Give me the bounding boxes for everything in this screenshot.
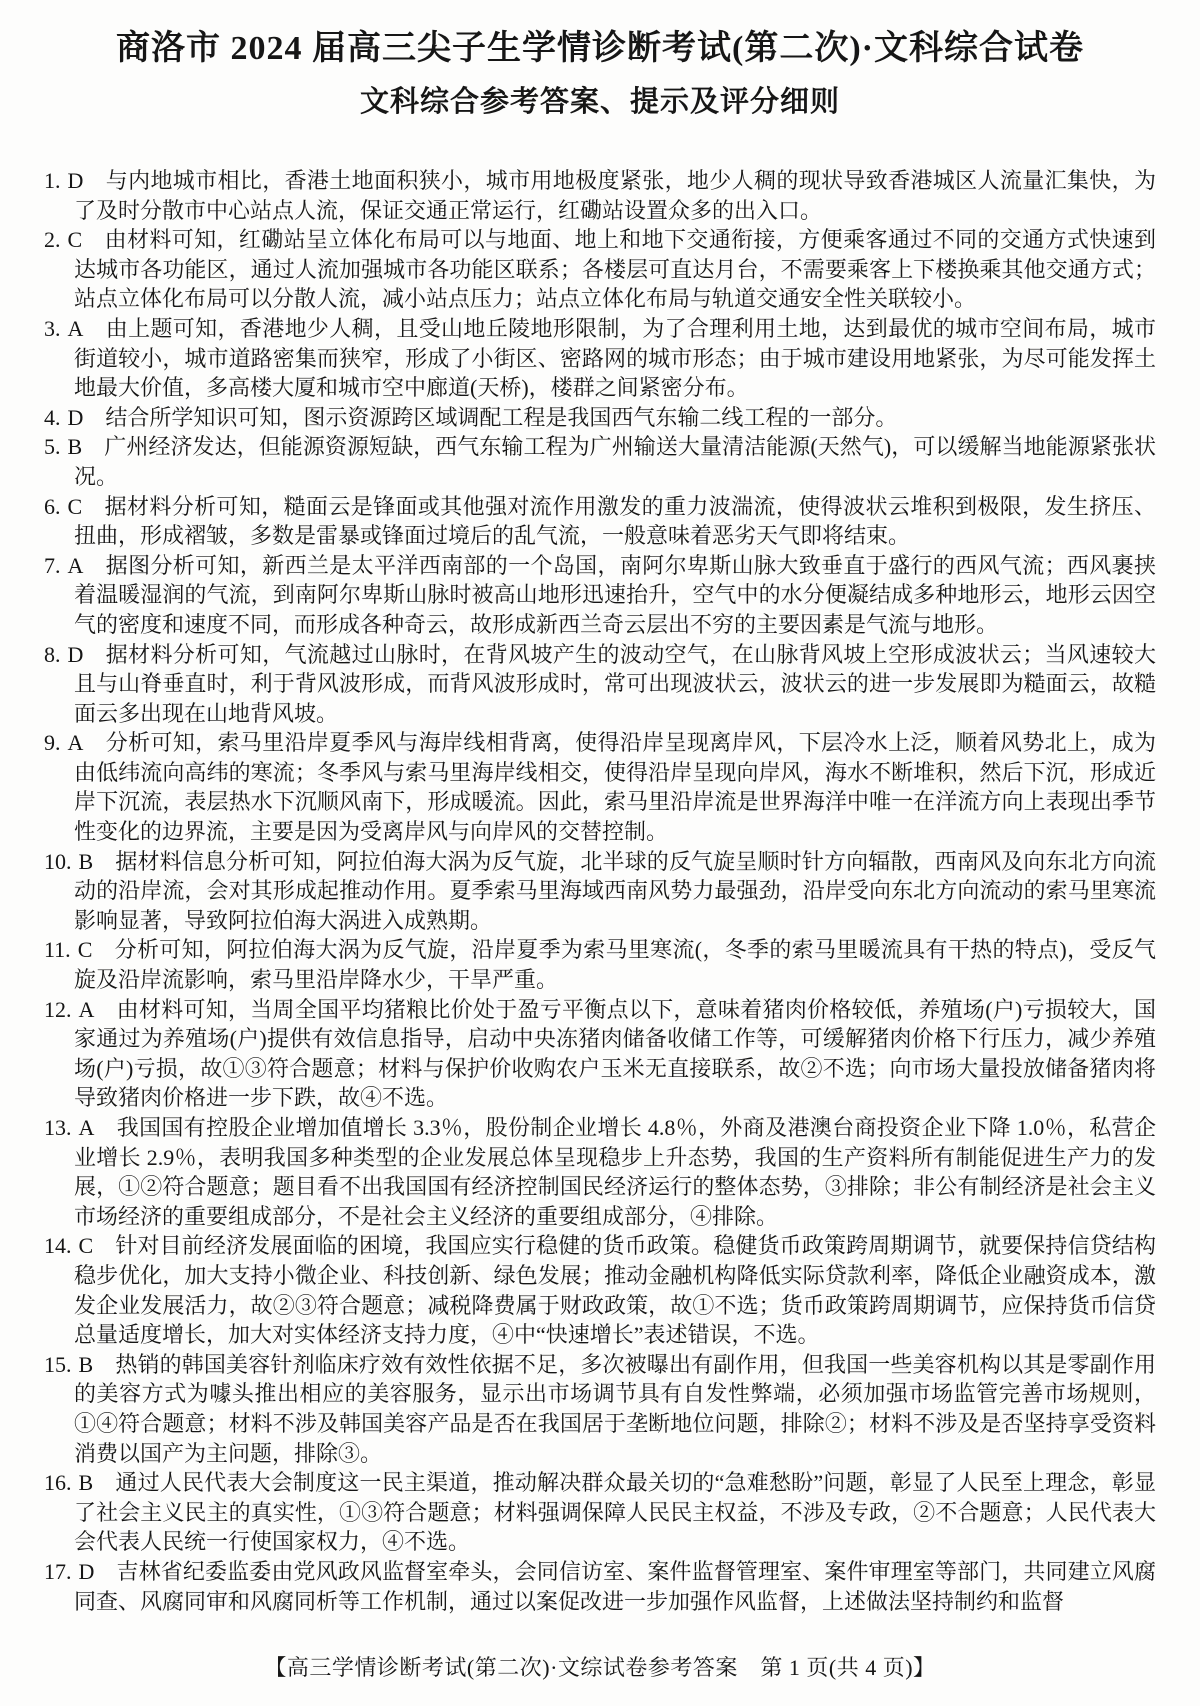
- answer-item: 12.A由材料可知，当周全国平均猪粮比价处于盈亏平衡点以下，意味着猪肉价格较低，…: [44, 995, 1156, 1113]
- answer-text: 通过人民代表大会制度这一民主渠道，推动解决群众最关切的“急难愁盼”问题，彰显了人…: [74, 1470, 1156, 1554]
- answer-item: 6.C据材料分析可知，糙面云是锋面或其他强对流作用激发的重力波湍流，使得波状云堆…: [44, 492, 1156, 551]
- answer-number: 2.: [44, 227, 61, 252]
- answer-letter: A: [79, 1115, 95, 1140]
- answer-item: 17.D吉林省纪委监委由党风政风监督室牵头，会同信访室、案件监督管理室、案件审理…: [44, 1557, 1156, 1616]
- answer-letter: C: [78, 937, 93, 962]
- answer-text: 据材料分析可知，气流越过山脉时，在背风坡产生的波动空气，在山脉背风坡上空形成波状…: [74, 642, 1156, 726]
- answers-list: 1.D与内地城市相比，香港土地面积狭小，城市用地极度紧张，地少人稠的现状导致香港…: [44, 166, 1156, 1616]
- answer-item: 4.D结合所学知识可知，图示资源跨区域调配工程是我国西气东输二线工程的一部分。: [44, 403, 1156, 433]
- answer-letter: A: [68, 553, 84, 578]
- answer-number: 1.: [44, 168, 61, 193]
- answer-number: 14.: [44, 1233, 72, 1258]
- answer-item: 14.C针对目前经济发展面临的困境，我国应实行稳健的货币政策。稳健货币政策跨周期…: [44, 1231, 1156, 1349]
- answer-text: 吉林省纪委监委由党风政风监督室牵头，会同信访室、案件监督管理室、案件审理室等部门…: [74, 1559, 1156, 1614]
- answer-number: 16.: [44, 1470, 72, 1495]
- answer-letter: A: [68, 730, 84, 755]
- answer-letter: D: [68, 168, 84, 193]
- answer-text: 与内地城市相比，香港土地面积狭小，城市用地极度紧张，地少人稠的现状导致香港城区人…: [74, 168, 1156, 223]
- page-title: 商洛市 2024 届高三尖子生学情诊断考试(第二次)·文科综合试卷: [44, 26, 1156, 72]
- answer-number: 9.: [44, 730, 61, 755]
- answer-letter: D: [68, 405, 84, 430]
- answer-text: 针对目前经济发展面临的困境，我国应实行稳健的货币政策。稳健货币政策跨周期调节，就…: [74, 1233, 1156, 1347]
- answer-number: 13.: [44, 1115, 72, 1140]
- page-subtitle: 文科综合参考答案、提示及评分细则: [44, 82, 1156, 122]
- answer-item: 3.A由上题可知，香港地少人稠，且受山地丘陵地形限制，为了合理利用土地，达到最优…: [44, 314, 1156, 403]
- answer-text: 据材料分析可知，糙面云是锋面或其他强对流作用激发的重力波湍流，使得波状云堆积到极…: [74, 494, 1156, 549]
- answer-letter: B: [79, 1470, 94, 1495]
- answer-text: 由材料可知，当周全国平均猪粮比价处于盈亏平衡点以下，意味着猪肉价格较低，养殖场(…: [74, 997, 1156, 1111]
- answer-number: 17.: [44, 1559, 72, 1584]
- answer-number: 4.: [44, 405, 61, 430]
- answer-item: 7.A据图分析可知，新西兰是太平洋西南部的一个岛国，南阿尔卑斯山脉大致垂直于盛行…: [44, 551, 1156, 640]
- answer-text: 结合所学知识可知，图示资源跨区域调配工程是我国西气东输二线工程的一部分。: [105, 405, 897, 430]
- answer-number: 5.: [44, 434, 61, 459]
- answer-letter: B: [79, 849, 94, 874]
- answer-text: 热销的韩国美容针剂临床疗效有效性依据不足，多次被曝出有副作用，但我国一些美容机构…: [74, 1352, 1156, 1466]
- answer-item: 13.A我国国有控股企业增加值增长 3.3％，股份制企业增长 4.8％，外商及港…: [44, 1113, 1156, 1231]
- answer-item: 9.A分析可知，索马里沿岸夏季风与海岸线相背离，使得沿岸呈现离岸风，下层冷水上泛…: [44, 728, 1156, 846]
- answer-number: 7.: [44, 553, 61, 578]
- answer-letter: C: [68, 494, 83, 519]
- answer-letter: A: [79, 997, 95, 1022]
- answer-letter: D: [68, 642, 84, 667]
- answer-item: 15.B热销的韩国美容针剂临床疗效有效性依据不足，多次被曝出有副作用，但我国一些…: [44, 1350, 1156, 1468]
- page-footer: 【高三学情诊断考试(第二次)·文综试卷参考答案 第 1 页(共 4 页)】: [0, 1654, 1200, 1682]
- answer-item: 11.C分析可知，阿拉伯海大涡为反气旋，沿岸夏季为索马里寒流(，冬季的索马里暖流…: [44, 935, 1156, 994]
- answer-text: 分析可知，阿拉伯海大涡为反气旋，沿岸夏季为索马里寒流(，冬季的索马里暖流具有干热…: [74, 937, 1156, 992]
- answer-item: 8.D据材料分析可知，气流越过山脉时，在背风坡产生的波动空气，在山脉背风坡上空形…: [44, 640, 1156, 729]
- answer-letter: C: [68, 227, 83, 252]
- answer-text: 分析可知，索马里沿岸夏季风与海岸线相背离，使得沿岸呈现离岸风，下层冷水上泛，顺着…: [74, 730, 1156, 844]
- answer-item: 5.B广州经济发达，但能源资源短缺，西气东输工程为广州输送大量清洁能源(天然气)…: [44, 432, 1156, 491]
- answer-item: 1.D与内地城市相比，香港土地面积狭小，城市用地极度紧张，地少人稠的现状导致香港…: [44, 166, 1156, 225]
- answer-number: 6.: [44, 494, 61, 519]
- answer-item: 16.B通过人民代表大会制度这一民主渠道，推动解决群众最关切的“急难愁盼”问题，…: [44, 1468, 1156, 1557]
- answer-text: 由上题可知，香港地少人稠，且受山地丘陵地形限制，为了合理利用土地，达到最优的城市…: [74, 316, 1156, 400]
- answer-item: 2.C由材料可知，红磡站呈立体化布局可以与地面、地上和地下交通衔接，方便乘客通过…: [44, 225, 1156, 314]
- answer-text: 我国国有控股企业增加值增长 3.3％，股份制企业增长 4.8％，外商及港澳台商投…: [74, 1115, 1156, 1229]
- answer-letter: B: [68, 434, 83, 459]
- answer-number: 10.: [44, 849, 72, 874]
- answer-text: 据材料信息分析可知，阿拉伯海大涡为反气旋，北半球的反气旋呈顺时针方向辐散，西南风…: [74, 849, 1156, 933]
- answer-letter: C: [79, 1233, 94, 1258]
- answer-text: 据图分析可知，新西兰是太平洋西南部的一个岛国，南阿尔卑斯山脉大致垂直于盛行的西风…: [74, 553, 1156, 637]
- answer-number: 12.: [44, 997, 72, 1022]
- answer-letter: D: [79, 1559, 95, 1584]
- answer-text: 广州经济发达，但能源资源短缺，西气东输工程为广州输送大量清洁能源(天然气)，可以…: [74, 434, 1156, 489]
- answer-letter: A: [68, 316, 84, 341]
- answer-number: 11.: [44, 937, 71, 962]
- answer-letter: B: [79, 1352, 94, 1377]
- answer-number: 3.: [44, 316, 61, 341]
- document-page: 商洛市 2024 届高三尖子生学情诊断考试(第二次)·文科综合试卷 文科综合参考…: [0, 0, 1200, 1706]
- answer-text: 由材料可知，红磡站呈立体化布局可以与地面、地上和地下交通衔接，方便乘客通过不同的…: [74, 227, 1156, 311]
- answer-item: 10.B据材料信息分析可知，阿拉伯海大涡为反气旋，北半球的反气旋呈顺时针方向辐散…: [44, 847, 1156, 936]
- answer-number: 8.: [44, 642, 61, 667]
- answer-number: 15.: [44, 1352, 72, 1377]
